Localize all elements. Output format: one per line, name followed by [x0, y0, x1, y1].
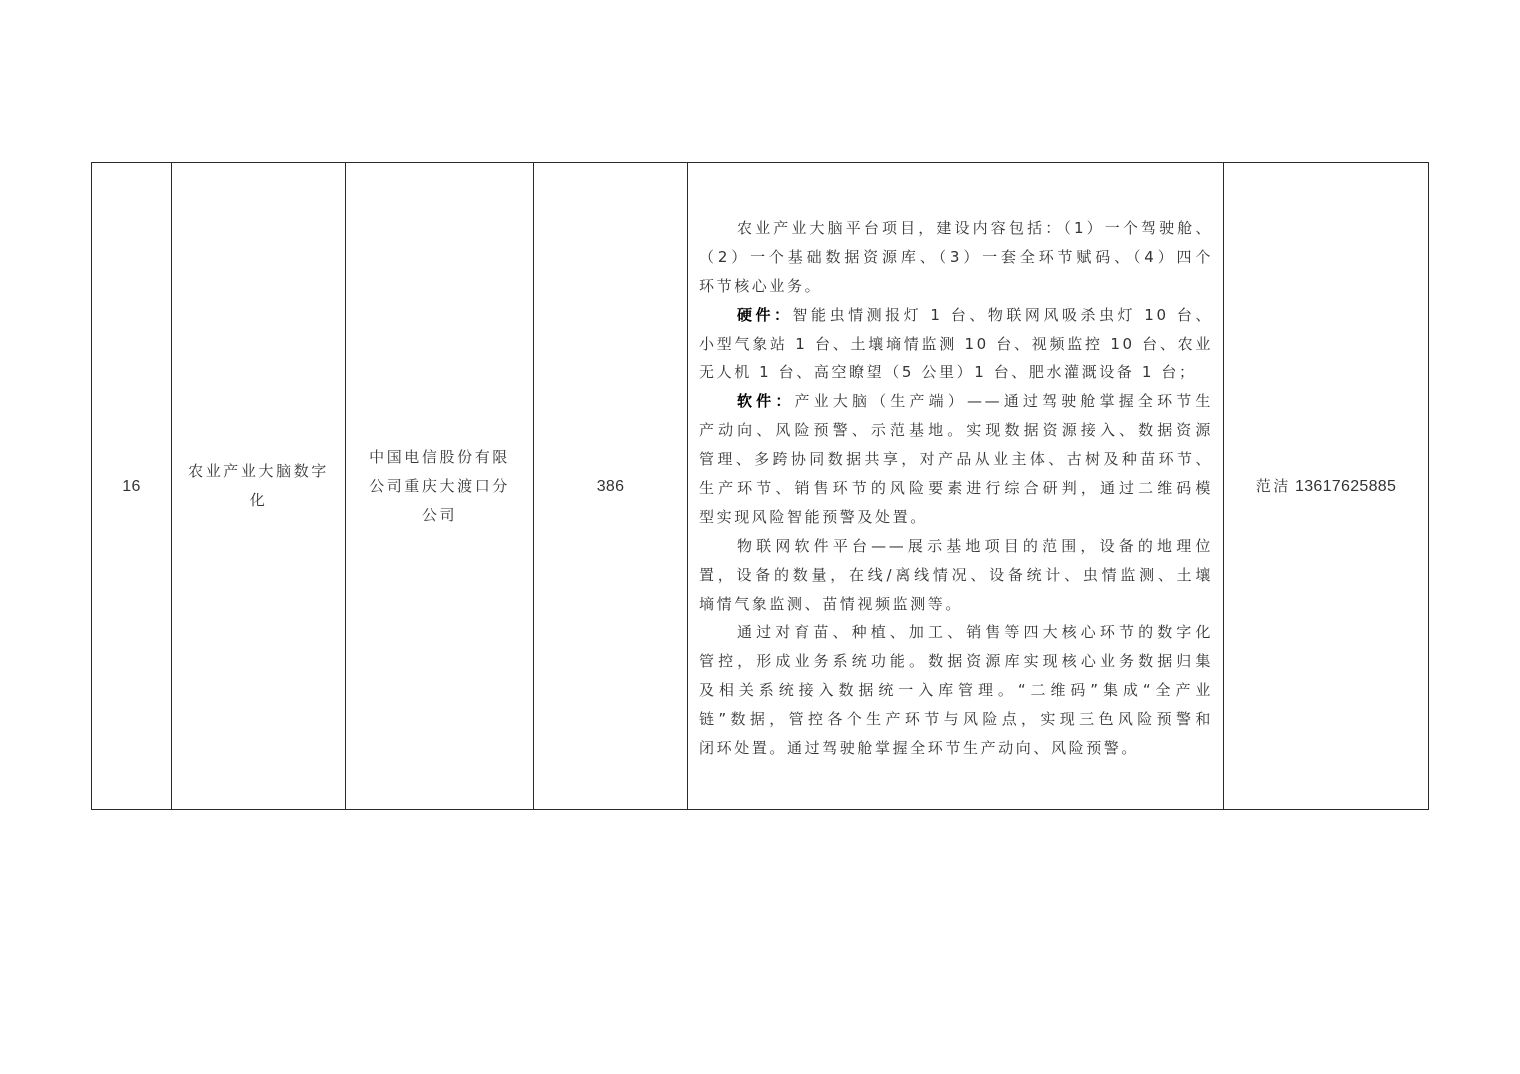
description-line: 生产环节、销售环节的风险要素进行综合研判，通过二维码模 — [699, 474, 1213, 503]
description-line: 硬件：智能虫情测报灯 1 台、物联网风吸杀虫灯 10 台、 — [699, 301, 1213, 330]
contact-phone: 13617625885 — [1295, 478, 1396, 495]
description-line: 环节核心业务。 — [699, 272, 1213, 301]
description-line: 管控，形成业务系统功能。数据资源库实现核心业务数据归集 — [699, 647, 1213, 676]
description-text: 无人机 1 台、高空瞭望（5 公里）1 台、肥水灌溉设备 1 台； — [699, 363, 1197, 381]
description-text: （2）一个基础数据资源库、（3）一套全环节赋码、（4）四个 — [699, 248, 1213, 266]
company-line: 公司 — [422, 501, 457, 530]
description-text: 及相关系统接入数据统一入库管理。“二维码”集成“全产业 — [699, 681, 1213, 699]
cell-project-name: 农业产业大脑数字 化 — [172, 163, 346, 809]
cell-description: 农业产业大脑平台项目，建设内容包括：（1）一个驾驶舱、 （2）一个基础数据资源库… — [688, 163, 1224, 809]
description-text: 智能虫情测报灯 1 台、物联网风吸杀虫灯 10 台、 — [793, 306, 1213, 324]
description-text: 置，设备的数量，在线/离线情况、设备统计、虫情监测、土壤 — [699, 566, 1213, 584]
hardware-label: 硬件： — [737, 306, 793, 324]
description-text: 产业大脑（生产端）——通过驾驶舱掌握全环节生 — [795, 392, 1214, 410]
row-index: 16 — [122, 472, 140, 501]
description-line: （2）一个基础数据资源库、（3）一套全环节赋码、（4）四个 — [699, 243, 1213, 272]
description-text: 墒情气象监测、苗情视频监测等。 — [699, 595, 963, 613]
description-line: 软件：产业大脑（生产端）——通过驾驶舱掌握全环节生 — [699, 387, 1213, 416]
contact-info: 范洁13617625885 — [1256, 472, 1396, 501]
description-text: 物联网软件平台——展示基地项目的范围，设备的地理位 — [737, 537, 1213, 555]
description-text: 管理、多跨协同数据共享，对产品从业主体、古树及种苗环节、 — [699, 450, 1213, 468]
project-name-line: 化 — [250, 486, 268, 515]
description-line: 物联网软件平台——展示基地项目的范围，设备的地理位 — [699, 532, 1213, 561]
description-text: 通过对育苗、种植、加工、销售等四大核心环节的数字化 — [737, 623, 1213, 641]
description-line: 链”数据，管控各个生产环节与风险点，实现三色风险预警和 — [699, 705, 1213, 734]
project-name-line: 农业产业大脑数字 — [188, 457, 329, 486]
contact-name: 范洁 — [1256, 477, 1291, 495]
cell-index: 16 — [92, 163, 172, 809]
description-line: 及相关系统接入数据统一入库管理。“二维码”集成“全产业 — [699, 676, 1213, 705]
description-line: 管理、多跨协同数据共享，对产品从业主体、古树及种苗环节、 — [699, 445, 1213, 474]
project-table: 16 农业产业大脑数字 化 中国电信股份有限 公司重庆大渡口分 公司 386 农… — [91, 162, 1429, 810]
description-text: 链”数据，管控各个生产环节与风险点，实现三色风险预警和 — [699, 710, 1213, 728]
description-line: 农业产业大脑平台项目，建设内容包括：（1）一个驾驶舱、 — [699, 214, 1213, 243]
cell-company: 中国电信股份有限 公司重庆大渡口分 公司 — [346, 163, 534, 809]
description-text: 产动向、风险预警、示范基地。实现数据资源接入、数据资源 — [699, 421, 1213, 439]
description-line: 无人机 1 台、高空瞭望（5 公里）1 台、肥水灌溉设备 1 台； — [699, 358, 1213, 387]
cell-contact: 范洁13617625885 — [1224, 163, 1428, 809]
description-line: 通过对育苗、种植、加工、销售等四大核心环节的数字化 — [699, 618, 1213, 647]
software-label: 软件： — [737, 392, 795, 410]
description-text: 闭环处置。通过驾驶舱掌握全环节生产动向、风险预警。 — [699, 739, 1139, 757]
description-line: 闭环处置。通过驾驶舱掌握全环节生产动向、风险预警。 — [699, 734, 1213, 763]
amount-value: 386 — [597, 472, 625, 501]
description-line: 产动向、风险预警、示范基地。实现数据资源接入、数据资源 — [699, 416, 1213, 445]
company-line: 中国电信股份有限 — [369, 443, 510, 472]
cell-amount: 386 — [534, 163, 688, 809]
description-text: 型实现风险智能预警及处置。 — [699, 508, 928, 526]
description-text: 小型气象站 1 台、土壤墒情监测 10 台、视频监控 10 台、农业 — [699, 335, 1213, 353]
description-text: 农业产业大脑平台项目，建设内容包括：（1）一个驾驶舱、 — [737, 219, 1213, 237]
company-line: 公司重庆大渡口分 — [369, 472, 510, 501]
description-line: 型实现风险智能预警及处置。 — [699, 503, 1213, 532]
description-line: 置，设备的数量，在线/离线情况、设备统计、虫情监测、土壤 — [699, 561, 1213, 590]
description-text: 环节核心业务。 — [699, 277, 822, 295]
description-line: 小型气象站 1 台、土壤墒情监测 10 台、视频监控 10 台、农业 — [699, 330, 1213, 359]
description-text: 生产环节、销售环节的风险要素进行综合研判，通过二维码模 — [699, 479, 1213, 497]
description-text: 管控，形成业务系统功能。数据资源库实现核心业务数据归集 — [699, 652, 1213, 670]
description-line: 墒情气象监测、苗情视频监测等。 — [699, 590, 1213, 619]
